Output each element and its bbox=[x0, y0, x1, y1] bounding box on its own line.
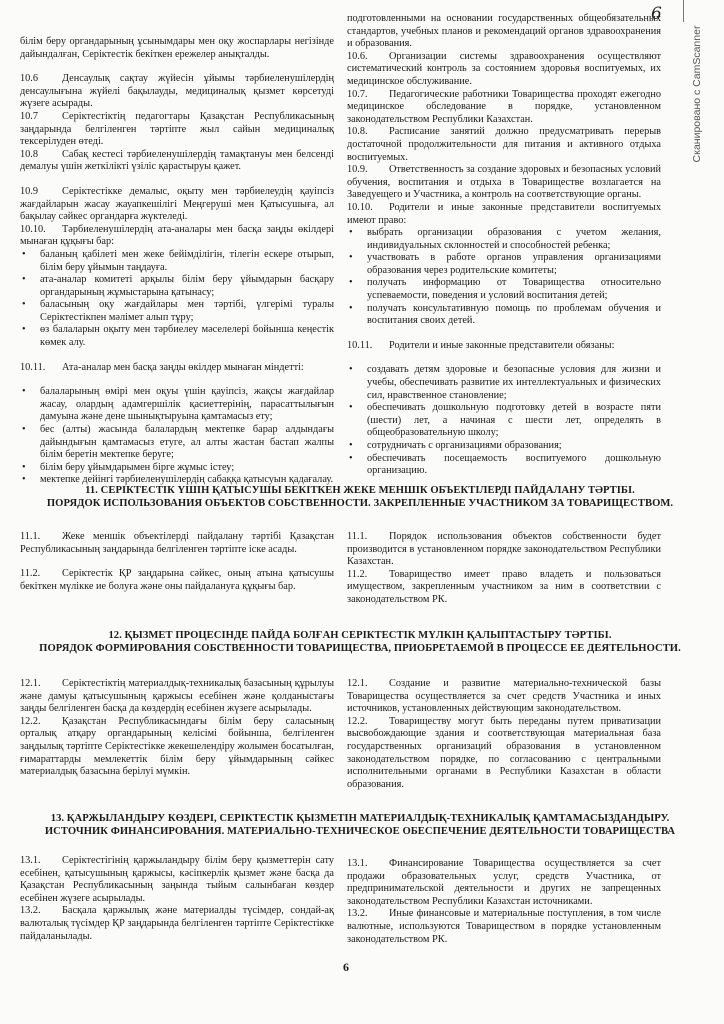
clause-number: 12.2. bbox=[347, 716, 389, 729]
list-item: сотрудничать с организациями образования… bbox=[347, 440, 661, 453]
clause-text: Тәрбиеленушілердің ата-аналары мен басқа… bbox=[20, 224, 334, 248]
list-item: обеспечивать посещаемость воспитуемого д… bbox=[347, 453, 661, 478]
list-item: участвовать в работе органов управления … bbox=[347, 252, 661, 277]
clause-number: 10.7. bbox=[347, 89, 389, 102]
footer-page-number: 6 bbox=[343, 960, 349, 975]
clause-12-2-kz: 12.2.Қазақстан Республикасындағы білім б… bbox=[20, 716, 334, 779]
clause-text: Серіктестіктің материалдық-техникалық ба… bbox=[20, 678, 334, 714]
clause-13-2-kz: 13.2.Басқала қаржылық және материалды тү… bbox=[20, 905, 334, 943]
clause-text: Товарищество имеет право владеть и польз… bbox=[347, 569, 661, 605]
clause-text: Ата-аналар мен басқа заңды өкілдер мынағ… bbox=[62, 362, 304, 373]
clause-number: 12.2. bbox=[20, 716, 62, 729]
clause-10-11-ru: 10.11.Родители и иные законные представи… bbox=[347, 340, 661, 353]
list-item: баланың қабілеті мен жеке бейімділігін, … bbox=[20, 249, 334, 274]
watermark-text: Сканировано с CamScanner bbox=[691, 26, 703, 163]
clause-number: 11.2. bbox=[347, 569, 389, 582]
clause-10-11-kz: 10.11.Ата-аналар мен басқа заңды өкілдер… bbox=[20, 362, 334, 375]
list-item: обеспечивать дошкольную подготовку детей… bbox=[347, 402, 661, 440]
scan-edge-line bbox=[683, 0, 684, 22]
clause-11-2-kz: 11.2.Серіктестік ҚР заңдарына сәйкес, он… bbox=[20, 568, 334, 593]
section11-ru-column: 11.1.Порядок использования объектов собс… bbox=[347, 531, 661, 607]
list-item: білім беру ұйымдарымен бірге жұмыс істеу… bbox=[20, 462, 334, 475]
clause-number: 10.10. bbox=[347, 202, 389, 215]
clause-number: 11.2. bbox=[20, 568, 62, 581]
intro-kz: білім беру органдарының ұсынымдары мен о… bbox=[20, 36, 334, 61]
clause-number: 13.2. bbox=[347, 908, 389, 921]
section12-heading-ru: ПОРЯДОК ФОРМИРОВАНИЯ СОБСТВЕННОСТИ ТОВАР… bbox=[20, 642, 700, 655]
clause-13-2-ru: 13.2.Иные финансовые и материальные пост… bbox=[347, 908, 661, 946]
section11-heading-kz: 11. СЕРІКТЕСТІК ҮШІН ҚАТЫСУШЫ БЕКІТКЕН Ж… bbox=[20, 484, 700, 497]
clause-10-6-kz: 10.6Денсаулық сақтау жүйесін ұйымы тәрби… bbox=[20, 73, 334, 111]
clause-text: Қазақстан Республикасындағы білім беру с… bbox=[20, 716, 334, 777]
list-item: ата-аналар комитеті арқылы білім беру ұй… bbox=[20, 274, 334, 299]
clause-11-1-kz: 11.1.Жеке меншік объектілерді пайдалану … bbox=[20, 531, 334, 556]
clause-10-9-kz: 10.9Серіктестікке демалыс, оқыту мен тәр… bbox=[20, 186, 334, 224]
clause-10-6-ru: 10.6.Организации системы здравоохранения… bbox=[347, 51, 661, 89]
clause-12-1-ru: 12.1.Создание и развитие материально-тех… bbox=[347, 678, 661, 716]
clause-text: Басқала қаржылық және материалды түсімде… bbox=[20, 905, 334, 941]
clause-number: 10.8. bbox=[347, 126, 389, 139]
list-item: бес (алты) жасында балалардың мектепке б… bbox=[20, 424, 334, 462]
list-item: получать консультативную помощь по пробл… bbox=[347, 303, 661, 328]
clause-13-1-ru: 13.1.Финансирование Товарищества осущест… bbox=[347, 858, 661, 908]
clause-10-8-kz: 10.8Сабақ кестесі тәрбиеленушілердің там… bbox=[20, 149, 334, 174]
clause-text: Серіктестіктің педагогтары Қазақстан Рес… bbox=[20, 111, 334, 147]
rights-list-kz: баланың қабілеті мен жеке бейімділігін, … bbox=[20, 249, 334, 350]
clause-number: 10.11. bbox=[20, 362, 62, 375]
clause-text: Расписание занятий должно предусматриват… bbox=[347, 126, 661, 162]
section13-kz-column: 13.1.Серіктестігінің қаржыландыру білім … bbox=[20, 855, 334, 943]
section13-heading: 13. ҚАРЖЫЛАНДЫРУ КӨЗДЕРІ, СЕРІКТЕСТІК ҚЫ… bbox=[10, 812, 710, 838]
camscanner-watermark: Сканировано с CamScanner bbox=[688, 34, 706, 154]
section13-heading-kz: 13. ҚАРЖЫЛАНДЫРУ КӨЗДЕРІ, СЕРІКТЕСТІК ҚЫ… bbox=[10, 812, 710, 825]
section13-heading-ru: ИСТОЧНИК ФИНАНСИРОВАНИЯ. МАТЕРИАЛЬНО-ТЕХ… bbox=[10, 825, 710, 838]
section11-kz-column: 11.1.Жеке меншік объектілерді пайдалану … bbox=[20, 531, 334, 593]
section11-heading: 11. СЕРІКТЕСТІК ҮШІН ҚАТЫСУШЫ БЕКІТКЕН Ж… bbox=[20, 484, 700, 510]
clause-text: Педагогические работники Товарищества пр… bbox=[347, 89, 661, 125]
clause-10-10-kz: 10.10.Тәрбиеленушілердің ата-аналары мен… bbox=[20, 224, 334, 249]
list-item: создавать детям здоровые и безопасные ус… bbox=[347, 364, 661, 402]
clause-number: 13.1. bbox=[347, 858, 389, 871]
clause-number: 10.8 bbox=[20, 149, 62, 162]
intro-ru: подготовленными на основании государстве… bbox=[347, 13, 661, 51]
clause-10-8-ru: 10.8.Расписание занятий должно предусмат… bbox=[347, 126, 661, 164]
clause-text: Ответственность за создание здоровых и б… bbox=[347, 164, 661, 200]
clause-11-2-ru: 11.2.Товарищество имеет право владеть и … bbox=[347, 569, 661, 607]
list-item: баласының оқу жағдайлары мен тәртібі, үл… bbox=[20, 299, 334, 324]
clause-text: Иные финансовые и материальные поступлен… bbox=[347, 908, 661, 944]
clause-number: 12.1. bbox=[20, 678, 62, 691]
clause-number: 10.7 bbox=[20, 111, 62, 124]
clause-text: Серіктестік ҚР заңдарына сәйкес, оның ат… bbox=[20, 568, 334, 592]
clause-text: Создание и развитие материально-техничес… bbox=[347, 678, 661, 714]
clause-text: Порядок использования объектов собственн… bbox=[347, 531, 661, 567]
list-item: выбрать организации образования с учетом… bbox=[347, 227, 661, 252]
section12-heading-kz: 12. ҚЫЗМЕТ ПРОЦЕСІНДЕ ПАЙДА БОЛҒАН СЕРІК… bbox=[20, 629, 700, 642]
clause-text: Организации системы здравоохранения осущ… bbox=[347, 51, 661, 87]
section13-ru-column: 13.1.Финансирование Товарищества осущест… bbox=[347, 858, 661, 946]
clause-12-1-kz: 12.1.Серіктестіктің материалдық-техникал… bbox=[20, 678, 334, 716]
section10-ru-column: подготовленными на основании государстве… bbox=[347, 13, 661, 478]
clause-10-10-ru: 10.10.Родители и иные законные представи… bbox=[347, 202, 661, 227]
clause-number: 10.6 bbox=[20, 73, 62, 86]
clause-13-1-kz: 13.1.Серіктестігінің қаржыландыру білім … bbox=[20, 855, 334, 905]
clause-text: Родители и иные законные представители в… bbox=[347, 202, 661, 226]
clause-text: Серіктестігінің қаржыландыру білім беру … bbox=[20, 855, 334, 904]
clause-number: 13.2. bbox=[20, 905, 62, 918]
clause-text: Товариществу могут быть переданы путем п… bbox=[347, 716, 661, 790]
clause-number: 10.9. bbox=[347, 164, 389, 177]
clause-12-2-ru: 12.2.Товариществу могут быть переданы пу… bbox=[347, 716, 661, 792]
clause-text: Жеке меншік объектілерді пайдалану тәрті… bbox=[20, 531, 334, 555]
duties-list-kz: балаларының өмірі мен оқуы үшін қауіпсіз… bbox=[20, 386, 334, 487]
clause-number: 13.1. bbox=[20, 855, 62, 868]
clause-text: Сабақ кестесі тәрбиеленушілердің тамақта… bbox=[20, 149, 334, 173]
clause-text: Родители и иные законные представители о… bbox=[389, 340, 614, 351]
list-item: балаларының өмірі мен оқуы үшін қауіпсіз… bbox=[20, 386, 334, 424]
clause-text: Серіктестікке демалыс, оқыту мен тәрбиел… bbox=[20, 186, 334, 222]
rights-list-ru: выбрать организации образования с учетом… bbox=[347, 227, 661, 328]
clause-11-1-ru: 11.1.Порядок использования объектов собс… bbox=[347, 531, 661, 569]
clause-text: Денсаулық сақтау жүйесін ұйымы тәрбиелен… bbox=[20, 73, 334, 109]
section10-kz-column: білім беру органдарының ұсынымдары мен о… bbox=[20, 36, 334, 487]
section11-heading-ru: ПОРЯДОК ИСПОЛЬЗОВАНИЯ ОБЪЕКТОВ СОБСТВЕНН… bbox=[20, 497, 700, 510]
clause-number: 10.11. bbox=[347, 340, 389, 353]
clause-number: 12.1. bbox=[347, 678, 389, 691]
clause-10-7-ru: 10.7.Педагогические работники Товарищест… bbox=[347, 89, 661, 127]
clause-number: 11.1. bbox=[20, 531, 62, 544]
clause-number: 10.10. bbox=[20, 224, 62, 237]
clause-number: 10.6. bbox=[347, 51, 389, 64]
clause-text: Финансирование Товарищества осуществляет… bbox=[347, 858, 661, 907]
list-item: өз балаларын оқыту мен тәрбиелеу мәселел… bbox=[20, 324, 334, 349]
section12-ru-column: 12.1.Создание и развитие материально-тех… bbox=[347, 678, 661, 791]
section12-kz-column: 12.1.Серіктестіктің материалдық-техникал… bbox=[20, 678, 334, 779]
clause-number: 10.9 bbox=[20, 186, 62, 199]
section12-heading: 12. ҚЫЗМЕТ ПРОЦЕСІНДЕ ПАЙДА БОЛҒАН СЕРІК… bbox=[20, 629, 700, 655]
list-item: получать информацию от Товарищества отно… bbox=[347, 277, 661, 302]
document-page: 6 Сканировано с CamScanner білім беру ор… bbox=[0, 0, 724, 1024]
clause-10-9-ru: 10.9.Ответственность за создание здоровы… bbox=[347, 164, 661, 202]
duties-list-ru: создавать детям здоровые и безопасные ус… bbox=[347, 364, 661, 477]
clause-number: 11.1. bbox=[347, 531, 389, 544]
clause-10-7-kz: 10.7Серіктестіктің педагогтары Қазақстан… bbox=[20, 111, 334, 149]
